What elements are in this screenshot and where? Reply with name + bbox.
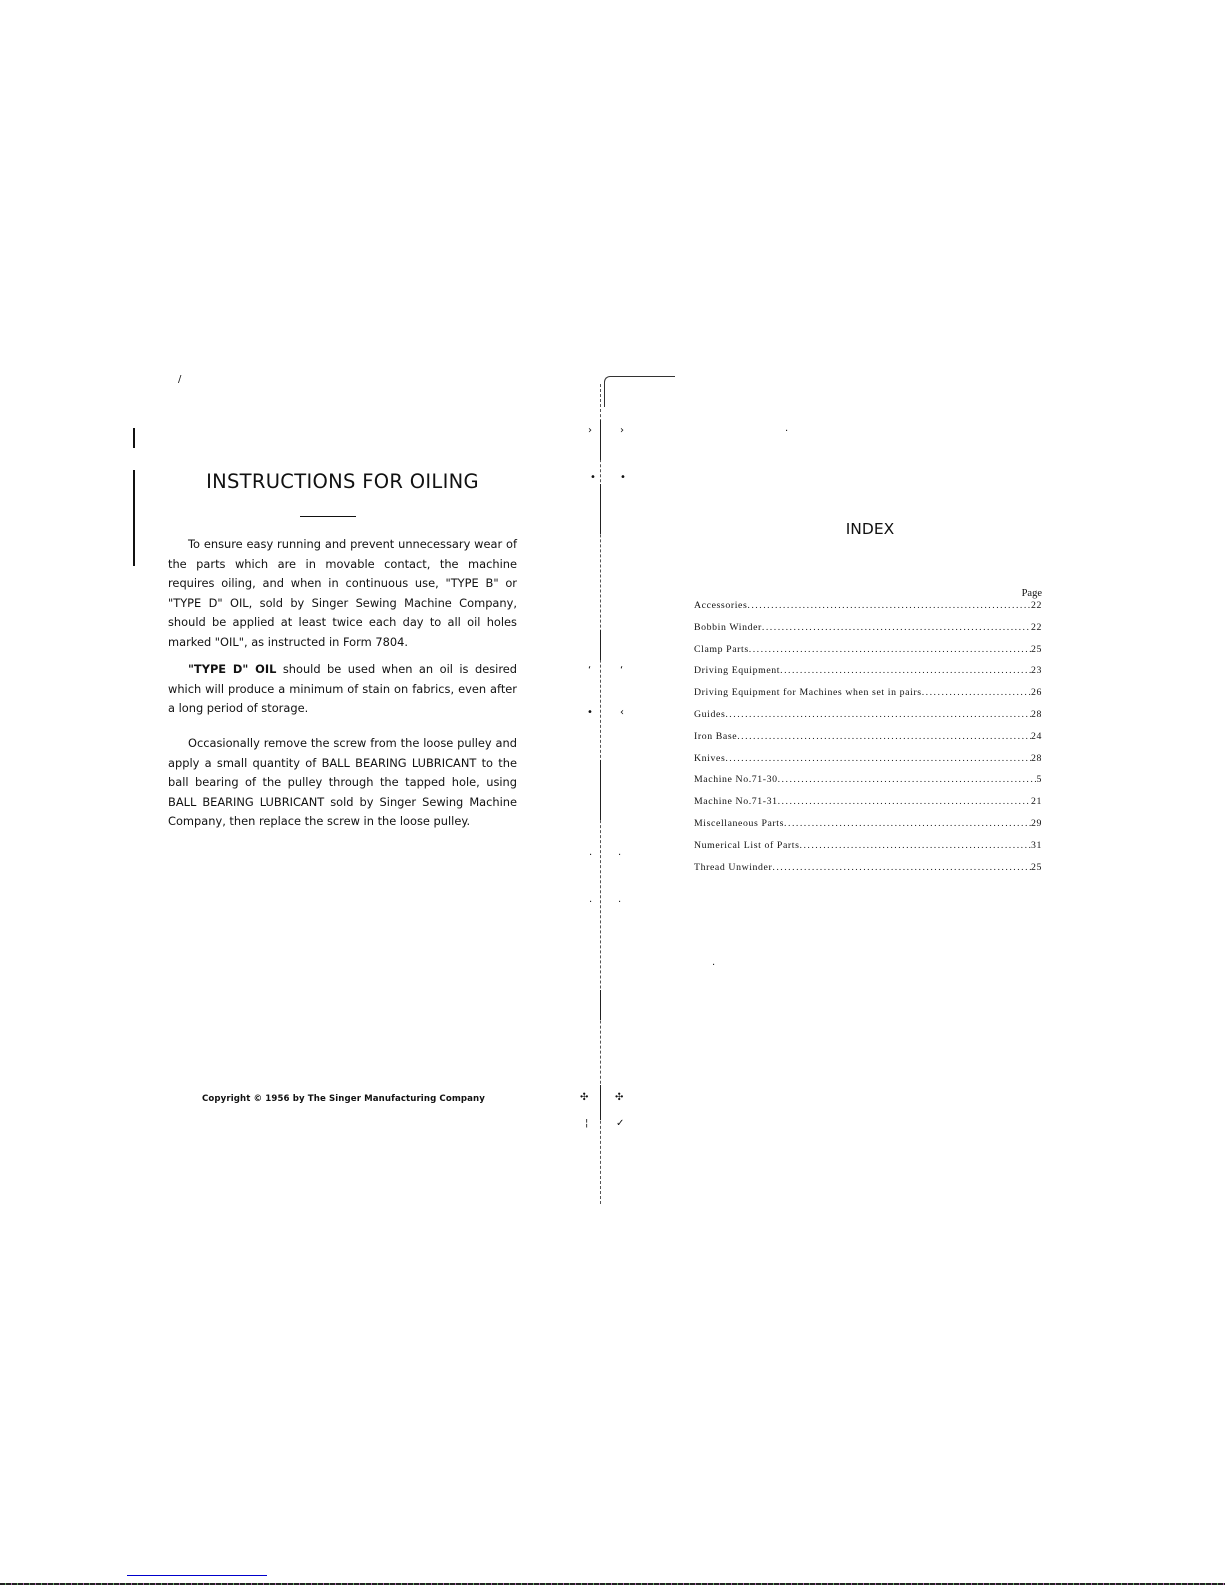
dot-leader bbox=[772, 862, 1031, 873]
binding-hole-mark: ‹ bbox=[620, 707, 624, 718]
page-column-header: Page bbox=[694, 589, 1042, 599]
index-entry-page: 26 bbox=[1031, 687, 1042, 698]
index-entry-label: Knives bbox=[694, 753, 725, 764]
dot-leader bbox=[725, 709, 1031, 720]
binding-hole-mark: ‘ bbox=[620, 665, 623, 676]
index-entry-page: 25 bbox=[1031, 862, 1042, 873]
index-entry: Driving Equipment for Machines when set … bbox=[694, 687, 1042, 709]
index-entry: Thread Unwinder25 bbox=[694, 862, 1042, 884]
spine-segment bbox=[600, 760, 601, 820]
index-entry-page: 22 bbox=[1031, 600, 1042, 611]
index-entry: Miscellaneous Parts29 bbox=[694, 818, 1042, 840]
binding-hole-mark: · bbox=[589, 850, 592, 861]
dot-leader bbox=[922, 687, 1031, 698]
page-title-index: INDEX bbox=[800, 520, 940, 538]
index-entry-label: Machine No.71-30 bbox=[694, 774, 778, 785]
index-entry: Numerical List of Parts31 bbox=[694, 840, 1042, 862]
oiling-paragraph-3: Occasionally remove the screw from the l… bbox=[168, 734, 517, 832]
spine-segment bbox=[600, 484, 601, 534]
scan-speck: · bbox=[785, 426, 788, 437]
index-entry: Driving Equipment23 bbox=[694, 665, 1042, 687]
index-entry-label: Iron Base bbox=[694, 731, 737, 742]
spine-segment bbox=[600, 990, 601, 1020]
dot-leader bbox=[737, 731, 1031, 742]
dot-leader bbox=[800, 840, 1032, 851]
spine-segment bbox=[600, 630, 601, 660]
index-entry-label: Machine No.71-31 bbox=[694, 796, 778, 807]
index-entry: Iron Base24 bbox=[694, 731, 1042, 753]
title-divider bbox=[300, 516, 356, 517]
binding-hole-mark: ¦ bbox=[585, 1118, 588, 1129]
binding-hole-mark: · bbox=[589, 897, 592, 908]
dot-leader bbox=[749, 644, 1031, 655]
index-entry-page: 22 bbox=[1031, 622, 1042, 633]
index-entry-page: 5 bbox=[1037, 774, 1043, 785]
dot-leader bbox=[778, 774, 1037, 785]
index-rows: Accessories22Bobbin Winder22Clamp Parts2… bbox=[694, 600, 1042, 883]
index-entry-page: 25 bbox=[1031, 644, 1042, 655]
binding-hole-mark: › bbox=[588, 425, 592, 436]
oiling-paragraph-2: "TYPE D" OIL should be used when an oil … bbox=[168, 660, 517, 719]
index-entry-page: 29 bbox=[1031, 818, 1042, 829]
index-entry-page: 21 bbox=[1031, 796, 1042, 807]
index-entry-label: Thread Unwinder bbox=[694, 862, 772, 873]
copyright-notice: Copyright © 1956 by The Singer Manufactu… bbox=[202, 1094, 485, 1104]
dot-leader bbox=[762, 622, 1031, 633]
index-list: Page Accessories22Bobbin Winder22Clamp P… bbox=[694, 589, 1042, 883]
index-entry: Machine No.71-3121 bbox=[694, 796, 1042, 818]
index-entry-label: Driving Equipment for Machines when set … bbox=[694, 687, 922, 698]
index-entry-page: 31 bbox=[1031, 840, 1042, 851]
binding-hole-mark: › bbox=[620, 425, 624, 436]
dot-leader bbox=[780, 665, 1031, 676]
scan-edge-mark bbox=[133, 470, 135, 566]
binding-hole-mark: • bbox=[620, 472, 626, 483]
binding-hole-mark: · bbox=[618, 897, 621, 908]
binding-hole-mark: ✣ bbox=[580, 1092, 588, 1103]
index-entry: Bobbin Winder22 bbox=[694, 622, 1042, 644]
binding-hole-mark: • bbox=[590, 472, 596, 483]
page-title-oiling: INSTRUCTIONS FOR OILING bbox=[170, 470, 515, 493]
spine-segment bbox=[600, 420, 601, 460]
index-entry: Guides28 bbox=[694, 709, 1042, 731]
binding-hole-mark: • bbox=[587, 707, 593, 718]
type-d-oil-emphasis: "TYPE D" OIL bbox=[188, 662, 276, 676]
binding-corner bbox=[604, 376, 675, 407]
dot-leader bbox=[747, 600, 1031, 611]
index-entry-label: Guides bbox=[694, 709, 725, 720]
index-entry-page: 28 bbox=[1031, 753, 1042, 764]
index-entry: Accessories22 bbox=[694, 600, 1042, 622]
oiling-paragraph-1: To ensure easy running and prevent unnec… bbox=[168, 535, 517, 652]
index-entry: Knives28 bbox=[694, 753, 1042, 775]
index-entry-label: Clamp Parts bbox=[694, 644, 749, 655]
paragraph-text: To ensure easy running and prevent unnec… bbox=[168, 537, 517, 649]
index-entry-label: Accessories bbox=[694, 600, 747, 611]
scan-edge-mark bbox=[133, 428, 135, 448]
dot-leader bbox=[784, 818, 1031, 829]
binding-hole-mark: · bbox=[618, 850, 621, 861]
dot-leader bbox=[778, 796, 1031, 807]
binding-hole-mark: ✣ bbox=[615, 1092, 623, 1103]
index-entry-label: Miscellaneous Parts bbox=[694, 818, 784, 829]
index-entry-label: Driving Equipment bbox=[694, 665, 780, 676]
binding-hole-mark: ‘ bbox=[588, 665, 591, 676]
index-entry-page: 24 bbox=[1031, 731, 1042, 742]
paragraph-text: Occasionally remove the screw from the l… bbox=[168, 736, 517, 828]
index-entry-label: Bobbin Winder bbox=[694, 622, 762, 633]
index-entry-page: 23 bbox=[1031, 665, 1042, 676]
index-entry: Clamp Parts25 bbox=[694, 644, 1042, 666]
index-entry: Machine No.71-305 bbox=[694, 774, 1042, 796]
scan-speck: · bbox=[712, 960, 715, 971]
binding-hole-mark: ✓ bbox=[616, 1118, 624, 1129]
dot-leader bbox=[725, 753, 1031, 764]
index-entry-label: Numerical List of Parts bbox=[694, 840, 800, 851]
link-underline[interactable] bbox=[127, 1575, 267, 1576]
spine-segment bbox=[600, 1085, 601, 1120]
index-entry-page: 28 bbox=[1031, 709, 1042, 720]
scan-speck: / bbox=[178, 374, 181, 385]
